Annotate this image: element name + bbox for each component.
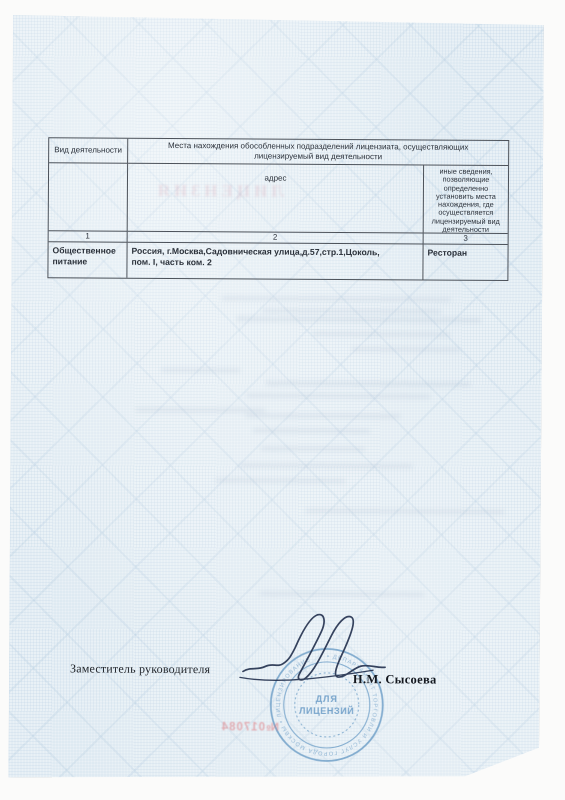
table-subheader-empty: [49, 163, 128, 231]
bleedthrough-smudge: [136, 408, 266, 413]
table-header-activity: Вид деятельности: [49, 138, 128, 163]
bleedthrough-smudge: [351, 347, 461, 352]
table-header-locations: Места нахождения обособленных подразделе…: [128, 139, 508, 166]
table-colnum-3: 3: [424, 234, 508, 246]
table-subheader-address: адрес: [128, 164, 424, 234]
bleedthrough-smudge: [215, 478, 345, 483]
table-cell-other: Ресторан: [423, 245, 507, 281]
signer-name: Н.М. Сысоева: [353, 672, 437, 688]
bleedthrough-number: №017084: [221, 721, 279, 733]
bleedthrough-smudge: [161, 368, 241, 372]
table-colnum-1: 1: [49, 231, 128, 242]
bleedthrough-smudge: [246, 413, 401, 418]
bleedthrough-smudge: [260, 447, 365, 452]
table-cell-address: Россия, г.Москва,Садовническая улица,д.5…: [127, 243, 423, 280]
bleedthrough-smudge: [311, 332, 451, 337]
bleedthrough-smudge: [261, 309, 441, 314]
stamp-center-line2: ЛИЦЕНЗИЙ: [299, 705, 354, 716]
table-subheader-other: иные сведения, позволяющие определенно у…: [424, 166, 508, 235]
bleedthrough-smudge: [266, 381, 471, 387]
bleedthrough-smudge: [236, 316, 481, 322]
bleedthrough-smudge: [305, 509, 505, 514]
bleedthrough-smudge: [238, 463, 413, 468]
license-page-scan: ЛИЦЕНЗИЯ Вид деятельности Места нахожден…: [8, 15, 544, 781]
locations-table: Вид деятельности Места нахождения обособ…: [47, 137, 509, 281]
bleedthrough-smudge: [246, 393, 431, 398]
table-cell-activity: Общественное питание: [48, 242, 127, 277]
bleedthrough-smudge: [221, 296, 451, 301]
bleedthrough-smudge: [259, 592, 424, 597]
signer-title: Заместитель руководителя: [70, 661, 210, 677]
bleedthrough-smudge: [252, 428, 370, 433]
